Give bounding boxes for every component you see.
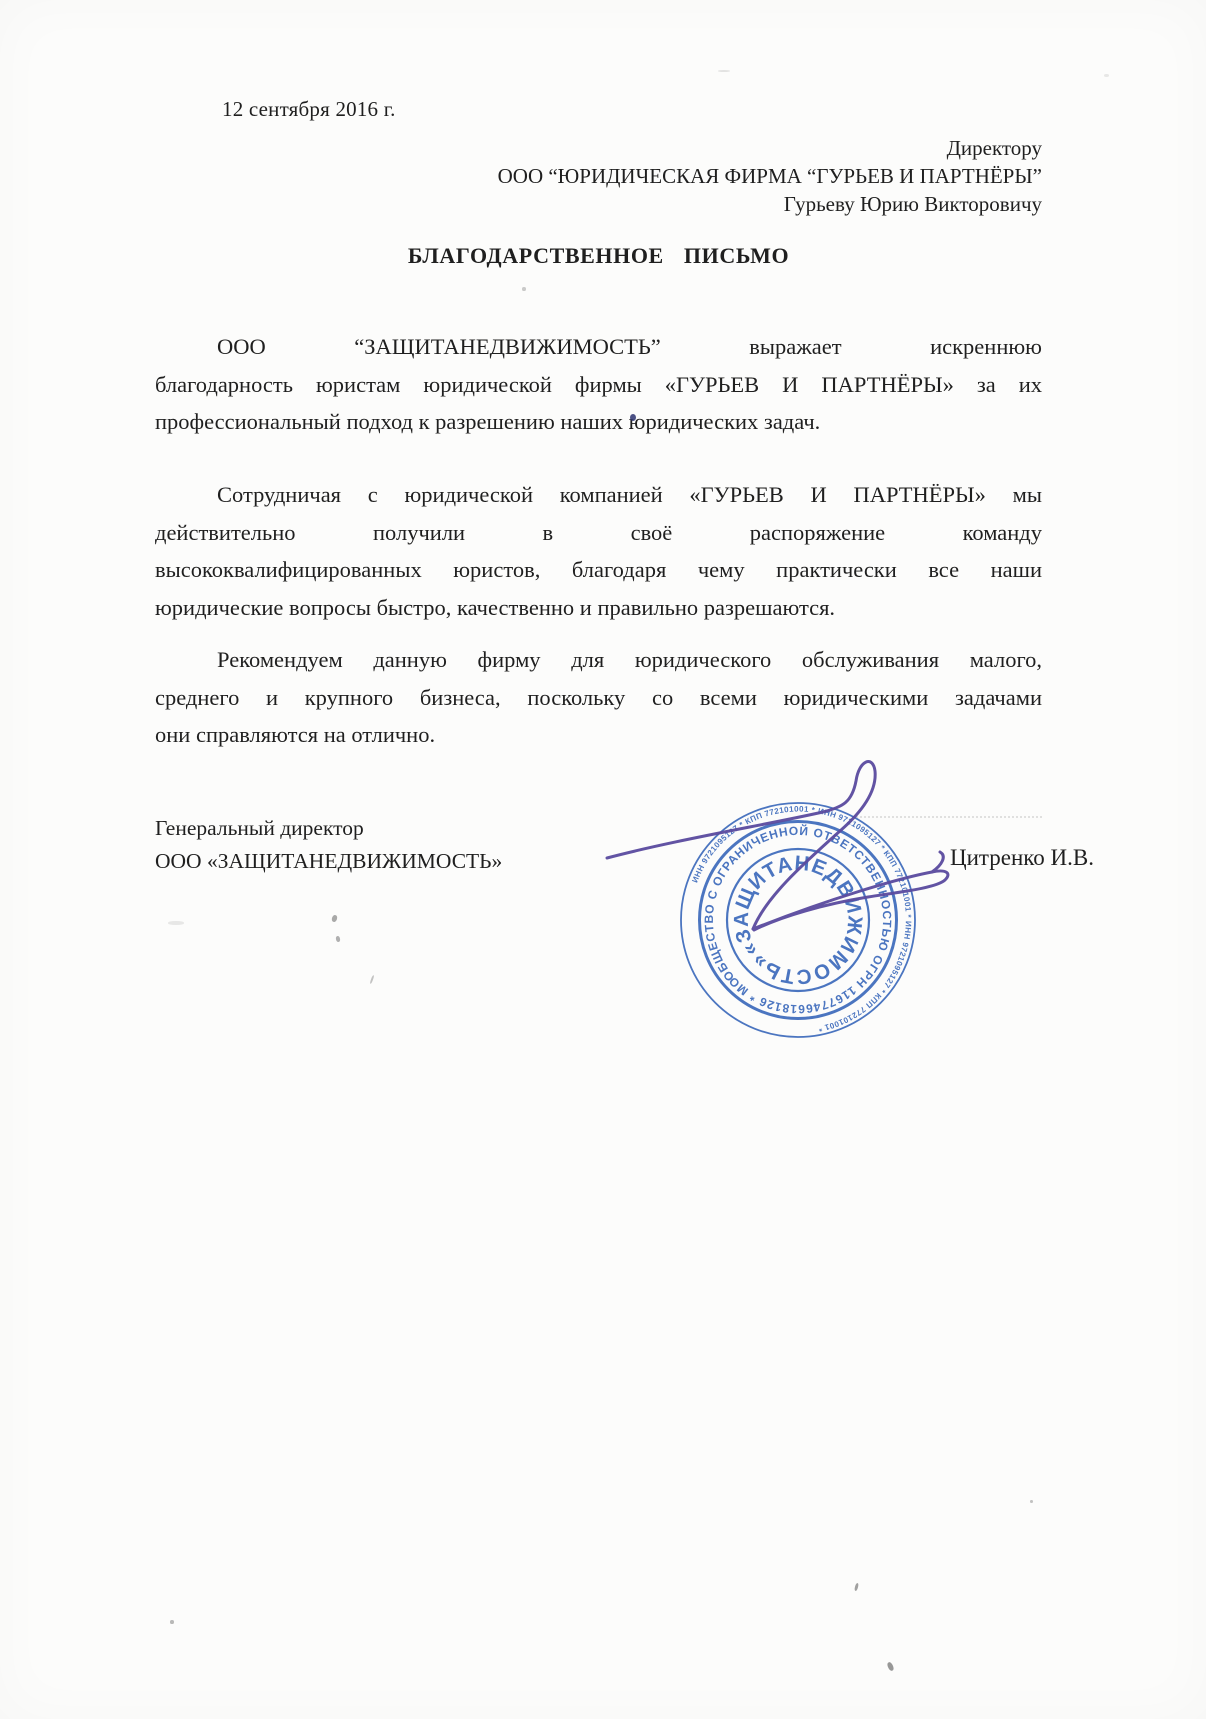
stamp-and-signature: ИНН 9721095127 * КПП 772101001 * ИНН 972… bbox=[580, 715, 1060, 1055]
letter-date: 12 сентября 2016 г. bbox=[222, 97, 396, 122]
recipient-line: Директору bbox=[498, 134, 1042, 162]
stamp-outer-circle bbox=[681, 803, 915, 1037]
scan-speck bbox=[1104, 74, 1109, 77]
paragraph-line: юридические вопросы быстро, качественно … bbox=[155, 589, 1042, 627]
paragraph-line: среднего и крупного бизнеса, поскольку с… bbox=[155, 679, 1042, 717]
scan-speck bbox=[1030, 1500, 1033, 1503]
scan-speck bbox=[886, 1661, 894, 1671]
stamp-company-name-text: «ЗАЩИТАНЕДВИЖИМОСТЬ» bbox=[730, 852, 867, 989]
scan-speck bbox=[170, 1620, 174, 1624]
scan-speck bbox=[370, 975, 375, 984]
recipient-line: ООО “ЮРИДИЧЕСКАЯ ФИРМА “ГУРЬЕВ И ПАРТНЁР… bbox=[498, 162, 1042, 190]
recipient-block: Директору ООО “ЮРИДИЧЕСКАЯ ФИРМА “ГУРЬЕВ… bbox=[498, 134, 1042, 218]
scan-speck bbox=[854, 1583, 859, 1592]
paragraph-line: высококвалифицированных юристов, благода… bbox=[155, 551, 1042, 589]
stamp-middle-circle bbox=[700, 822, 897, 1019]
scan-speck bbox=[335, 936, 340, 943]
paragraph-line: Рекомендуем данную фирму для юридическог… bbox=[155, 641, 1042, 679]
letter-title: БЛАГОДАРСТВЕННОЕ ПИСЬМО bbox=[155, 243, 1042, 269]
paragraph-line: действительно получили в своё распоряжен… bbox=[155, 514, 1042, 552]
scan-speck bbox=[522, 287, 526, 291]
scan-speck bbox=[168, 921, 184, 925]
signatory-role-block: Генеральный директор ООО «ЗАЩИТАНЕДВИЖИМ… bbox=[155, 812, 502, 878]
stamp-signature-art: ИНН 9721095127 * КПП 772101001 * ИНН 972… bbox=[580, 715, 1060, 1055]
ink-dot bbox=[630, 414, 636, 421]
paragraph-line: благодарность юристам юридической фирмы … bbox=[155, 366, 1042, 404]
scan-speck bbox=[331, 914, 338, 922]
signatory-role-line: Генеральный директор bbox=[155, 812, 502, 845]
paragraph: Сотрудничая с юридической компанией «ГУР… bbox=[155, 476, 1042, 626]
recipient-line: Гурьеву Юрию Викторовичу bbox=[498, 190, 1042, 218]
scanned-letter-page: 12 сентября 2016 г. Директору ООО “ЮРИДИ… bbox=[0, 0, 1206, 1719]
signature-stroke bbox=[932, 852, 943, 872]
paragraph: ООО “ЗАЩИТАНЕДВИЖИМОСТЬ” выражает искрен… bbox=[155, 328, 1042, 441]
stamp-outer-ring-text: ИНН 9721095127 * КПП 772101001 * ИНН 972… bbox=[690, 805, 912, 1034]
paragraph-line: профессиональный подход к разрешению наш… bbox=[155, 403, 1042, 441]
paragraph-line: Сотрудничая с юридической компанией «ГУР… bbox=[155, 476, 1042, 514]
signatory-role-line: ООО «ЗАЩИТАНЕДВИЖИМОСТЬ» bbox=[155, 845, 502, 878]
scan-speck bbox=[718, 70, 730, 72]
paragraph-line: ООО “ЗАЩИТАНЕДВИЖИМОСТЬ” выражает искрен… bbox=[155, 328, 1042, 366]
